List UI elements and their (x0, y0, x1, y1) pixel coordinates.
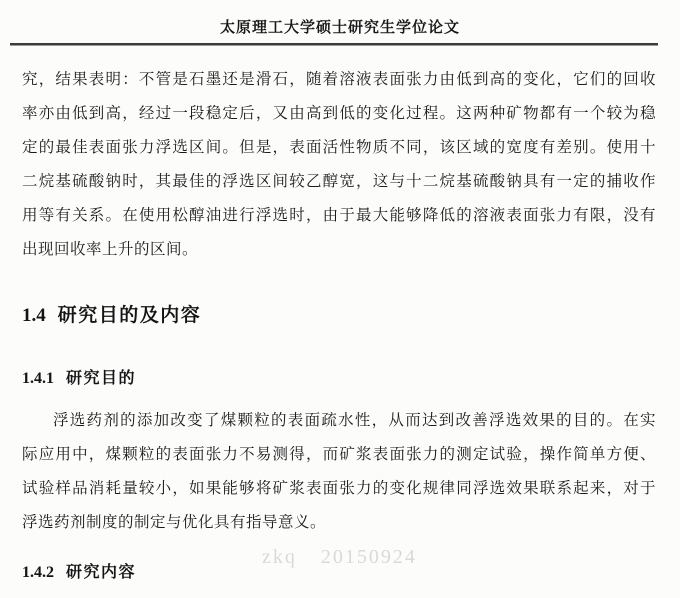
paragraph-line: 出现回收率上升的区间。 (22, 233, 656, 267)
watermark-date: 20150924 (321, 546, 417, 568)
paragraph-line: 定的最佳表面张力浮选区间。但是，表面活性物质不同，该区域的宽度有差别。使用十 (22, 131, 656, 165)
paragraph-line: 浮选药剂的添加改变了煤颗粒的表面疏水性，从而达到改善浮选效果的目的。在实 (22, 404, 656, 438)
thesis-page: 太原理工大学硕士研究生学位论文 究，结果表明：不管是石墨还是滑石，随着溶液表面张… (0, 0, 680, 598)
section-title: 研究内容 (66, 564, 136, 581)
scan-watermark: zkq20150924 (262, 546, 417, 569)
header-divider-line (10, 43, 658, 46)
section-heading-1-4: 1.4研究目的及内容 (22, 300, 201, 327)
paragraph-line: 用等有关系。在使用松醇油进行浮选时，由于最大能够降低的溶液表面张力有限，没有 (22, 199, 656, 233)
paragraph-line: 究，结果表明：不管是石墨还是滑石，随着溶液表面张力由低到高的变化，它们的回收 (22, 63, 656, 97)
section-number: 1.4 (22, 305, 46, 326)
section-title: 研究目的及内容 (58, 305, 202, 326)
paragraph-line: 浮选药剂制度的制定与优化具有指导意义。 (22, 506, 656, 540)
paragraph-line: 率亦由低到高，经过一段稳定后，又由高到低的变化过程。这两种矿物都有一个较为稳 (22, 97, 656, 131)
section-title: 研究目的 (66, 370, 136, 387)
section-heading-1-4-2: 1.4.2研究内容 (22, 559, 136, 582)
watermark-user: zkq (262, 546, 297, 568)
paragraph-line: 试验样品消耗量较小，如果能够将矿浆表面张力的变化规律同浮选效果联系起来，对于 (22, 472, 656, 506)
paragraph-research-purpose: 浮选药剂的添加改变了煤颗粒的表面疏水性，从而达到改善浮选效果的目的。在实 际应用… (22, 404, 656, 540)
paragraph-line: 际应用中，煤颗粒的表面张力不易测得，而矿浆表面张力的测定试验，操作简单方便、 (22, 438, 656, 472)
paragraph-line: 二烷基硫酸钠时，其最佳的浮选区间较乙醇宽，这与十二烷基硫酸钠具有一定的捕收作 (22, 165, 656, 199)
page-header-title: 太原理工大学硕士研究生学位论文 (0, 16, 680, 37)
section-number: 1.4.1 (22, 370, 54, 387)
section-number: 1.4.2 (22, 564, 54, 581)
section-heading-1-4-1: 1.4.1研究目的 (22, 365, 136, 388)
paragraph-flotation-results: 究，结果表明：不管是石墨还是滑石，随着溶液表面张力由低到高的变化，它们的回收 率… (22, 63, 656, 267)
